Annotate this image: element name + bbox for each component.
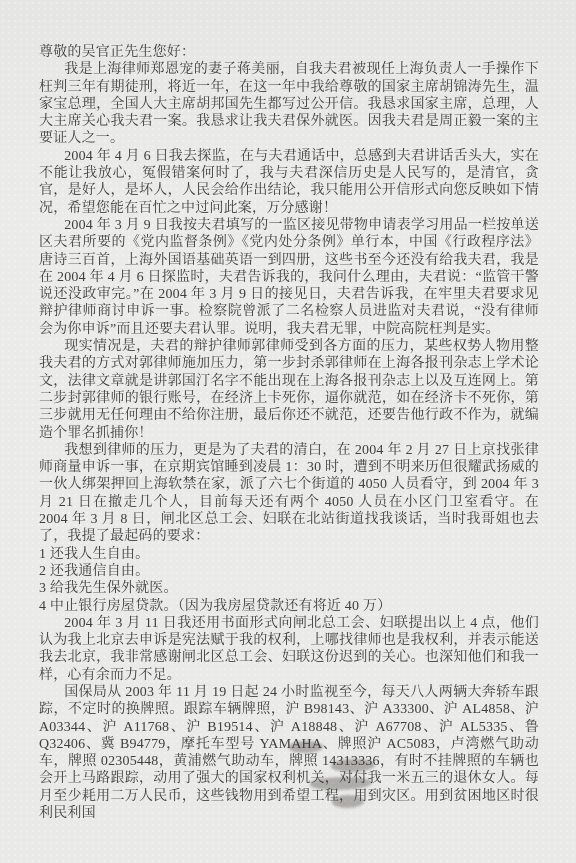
letter-paragraph: 2004 年 3 月 11 日我还用书面形式向闸北总工会、妇联提出以上 4 点，… [39, 615, 539, 684]
demand-list-item: 2 还我通信自由。 [39, 563, 539, 580]
demand-list-item: 4 中止银行房屋贷款。（因为我房屋贷款还有将近 40 万） [39, 598, 539, 615]
letter-paragraph: 2004 年 4 月 6 日我去探监，在与夫君通话中，总感到夫君讲话舌头大，实在… [39, 148, 539, 217]
demand-list-item: 3 给我先生保外就医。 [39, 580, 539, 597]
letter-paragraph: 我是上海律师郑恩宠的妻子蒋美丽，自我夫君被现任上海负责人一手操作下枉判三年有期徒… [39, 61, 539, 147]
letter-paragraph: 现实情况是，夫君的辩护律师郭律师受到各方面的压力，某些权势人物用整我夫君的方式对… [39, 338, 539, 442]
letter-paragraph: 我想到律师的压力，更是为了夫君的清白，在 2004 年 2 月 27 日上京找张… [39, 442, 539, 546]
letter-paragraph: 国保局从 2003 年 11 月 19 日起 24 小时监视至今，每天八人两辆大… [39, 684, 539, 822]
letter-paragraph: 2004 年 3 月 9 日我按夫君填写的一监区接见带物申请表学习用品一栏按单送… [39, 217, 539, 338]
demand-list-item: 1 还我人生自由。 [39, 546, 539, 563]
scanned-letter-page: 尊敬的吴官正先生您好： 我是上海律师郑恩宠的妻子蒋美丽，自我夫君被现任上海负责人… [0, 0, 576, 863]
letter-body: 尊敬的吴官正先生您好： 我是上海律师郑恩宠的妻子蒋美丽，自我夫君被现任上海负责人… [39, 44, 539, 822]
letter-greeting: 尊敬的吴官正先生您好： [39, 44, 539, 61]
